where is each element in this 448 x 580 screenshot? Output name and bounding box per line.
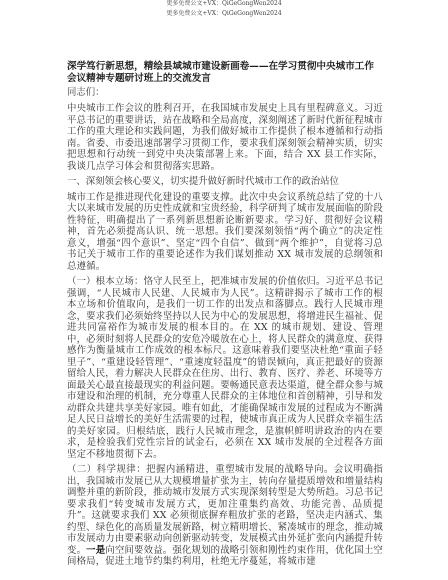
- subsection-2-text-a: （二）科学规律：把握内涵精进，重塑城市发展的战略导向。会议明确指出，我国城市发展…: [67, 464, 383, 556]
- subsection-2-paragraph: （二）科学规律：把握内涵精进，重塑城市发展的战略导向。会议明确指出，我国城市发展…: [67, 464, 383, 568]
- subsection-1-paragraph: （一）根本立场：恪守人民至上，把准城市发展的价值依归。习近平总书记强调，“人民城…: [67, 276, 383, 460]
- document-page: 深学笃行新思想，精绘县域城市建设新画卷——在学习贯彻中央城市工作会议精神专题研讨…: [67, 61, 383, 572]
- subsection-2-bold-marker: 一是: [86, 545, 105, 556]
- section-1-paragraph: 城市工作是推进现代化建设的重要支撑。此次中央会议系统总结了党的十八大以来城市发展…: [67, 192, 383, 273]
- section-1-heading: 一、深刻领会核心要义，切实提升做好新时代城市工作的政治站位: [67, 176, 383, 188]
- watermark-line-2: 更多免费公文+VX：QiGeGongWen2024: [0, 8, 448, 17]
- subsection-2-text-b: 向空间要效益。强化规划的战略引领和刚性约束作用，优化国土空间格局，促进土地节约集…: [67, 545, 383, 568]
- document-title: 深学笃行新思想，精绘县域城市建设新画卷——在学习贯彻中央城市工作会议精神专题研讨…: [67, 61, 383, 85]
- salutation: 同志们：: [67, 87, 383, 99]
- intro-paragraph: 中央城市工作会议的胜利召开，在我国城市发展史上具有里程碑意义。习近平总书记的重要…: [67, 103, 383, 172]
- watermark-line-1: 更多免费公文+VX：QiGeGongWen2024: [0, 0, 448, 7]
